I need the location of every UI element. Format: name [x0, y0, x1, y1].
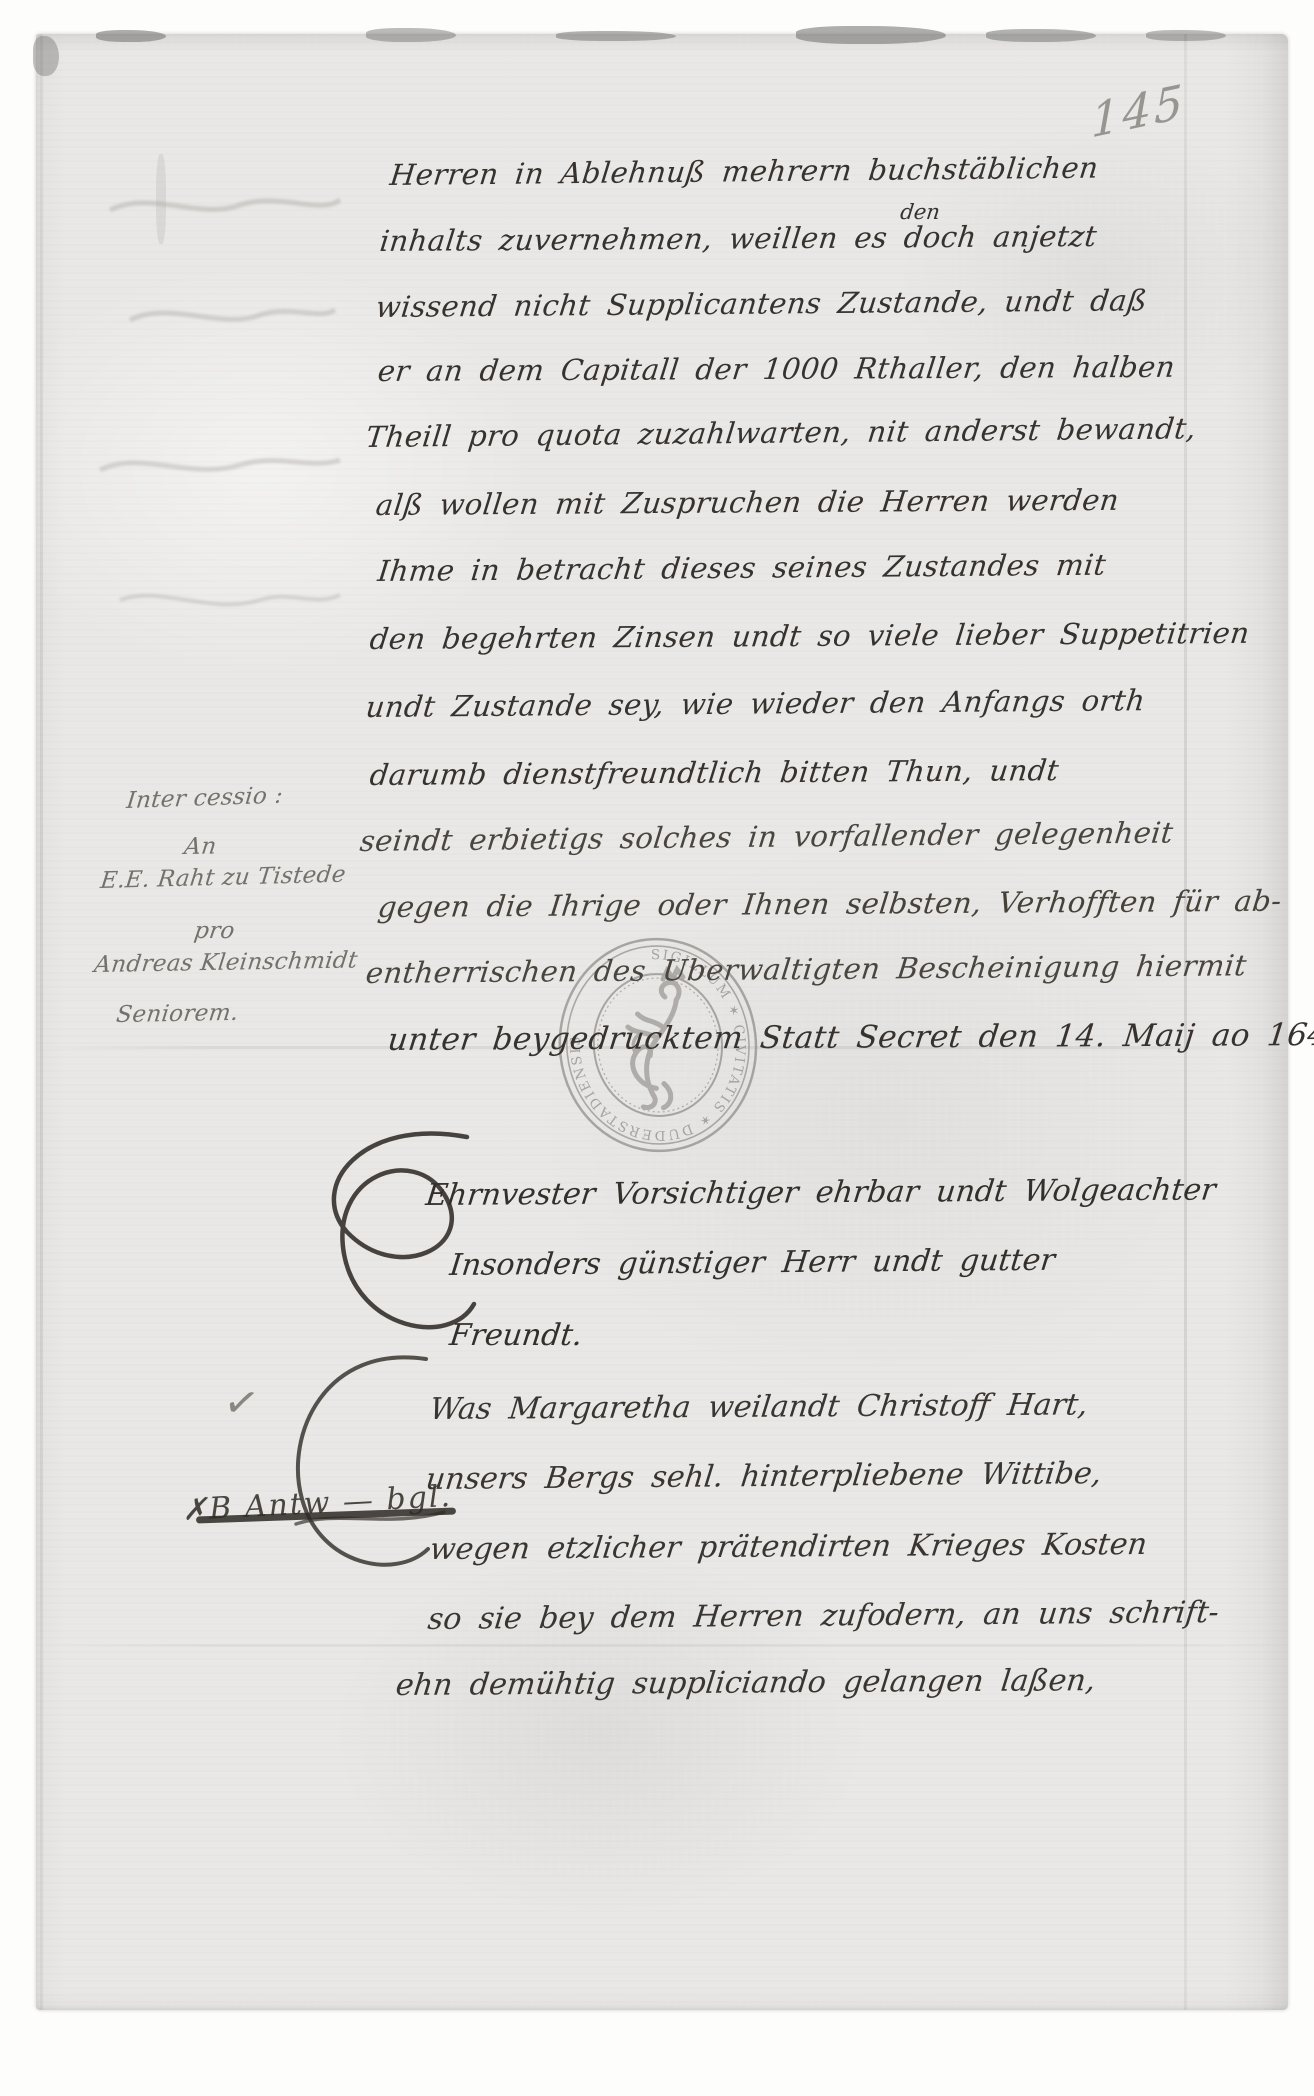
- horizontal-crease: [36, 1644, 1288, 1647]
- second-section-line: wegen etzlicher prätendirten Krieges Kos…: [428, 1527, 1149, 1567]
- torn-edge-fragment: [366, 28, 456, 42]
- torn-edge-fragment: [796, 26, 946, 44]
- left-edge-line: [40, 34, 43, 2010]
- ink-bleedthrough: [90, 170, 350, 690]
- letter-line: undt Zustande sey, wie wieder den Anfang…: [364, 683, 1147, 724]
- letter-line: wissend nicht Supplicantens Zustande, un…: [374, 283, 1149, 324]
- letter-line: darumb dienstfreundtlich bitten Thun, un…: [368, 753, 1061, 792]
- letter-line: den begehrten Zinsen undt so viele liebe…: [368, 616, 1251, 656]
- torn-edge-fragment: [33, 36, 59, 76]
- closing-line: Ehrnvester Vorsichtiger ehrbar undt Wolg…: [424, 1172, 1218, 1213]
- second-section-line: Was Margaretha weilandt Christoff Hart,: [428, 1387, 1090, 1427]
- torn-edge-fragment: [986, 29, 1096, 42]
- scanned-manuscript-page: { "page": { "page_number": "145" }, "mar…: [0, 0, 1314, 2096]
- margin-note-line: pro: [192, 918, 236, 944]
- margin-note-line: Inter cessio :: [125, 783, 284, 814]
- second-section-line: ehn demühtig suppliciando gelangen laßen…: [394, 1663, 1097, 1703]
- margin-note-line: An: [183, 833, 218, 860]
- letter-dateline: unter beygedrucktem Statt Secret den 14.…: [386, 1017, 1314, 1058]
- closing-line: Insonders günstiger Herr undt gutter: [448, 1243, 1057, 1283]
- torn-edge-fragment: [556, 31, 676, 41]
- interlinear-insertion: den: [899, 200, 941, 224]
- torn-edge-fragment: [96, 30, 166, 42]
- letter-line: alß wollen mit Zuspruchen die Herren wer…: [374, 483, 1121, 522]
- closing-line: Freundt.: [448, 1318, 585, 1353]
- letter-line: gegen die Ihrige oder Ihnen selbsten, Ve…: [376, 884, 1283, 924]
- letter-line: Ihme in betracht dieses seines Zustandes…: [376, 548, 1108, 588]
- letter-line: er an dem Capitall der 1000 Rthaller, de…: [376, 350, 1177, 388]
- margin-note-line: Andreas Kleinschmidt: [93, 947, 359, 978]
- second-section-line: unsers Bergs sehl. hinterpliebene Wittib…: [424, 1456, 1103, 1497]
- second-section-line: so sie bey dem Herren zufodern, an uns s…: [426, 1595, 1221, 1637]
- letter-line: inhalts zuvernehmen, weillen es doch anj…: [378, 219, 1099, 258]
- margin-note-line: Seniorem.: [115, 1000, 240, 1028]
